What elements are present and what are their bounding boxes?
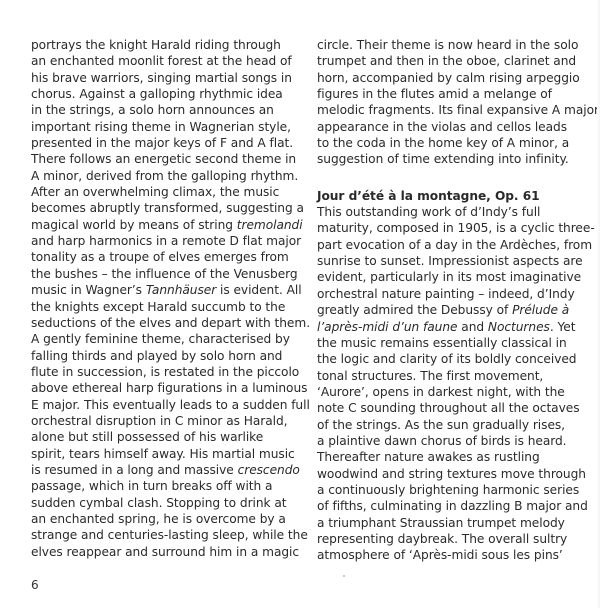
text-line: ‘Aurore’, opens in darkest night, with t… [317, 384, 587, 400]
text-line: tonality as a troupe of elves emerges fr… [31, 249, 301, 265]
text-line: and harp harmonics in a remote D flat ma… [31, 233, 301, 249]
text-line: his brave warriors, singing martial song… [31, 70, 301, 86]
text-line: sudden cymbal clash. Stopping to drink a… [31, 495, 301, 511]
scan-speck [343, 575, 345, 577]
text-line: horn, accompanied by calm rising arpeggi… [317, 70, 587, 86]
text-line: alone but still possessed of his warlike [31, 429, 301, 445]
left-text-column: portrays the knight Harald riding throug… [31, 37, 301, 560]
paragraph-jour-dete: This outstanding work of d’Indy’s fullma… [317, 204, 587, 564]
text-line: tonal structures. The first movement, [317, 368, 587, 384]
text-line: the music remains essentially classical … [317, 335, 587, 351]
text-line: greatly admired the Debussy of Prélude à [317, 302, 587, 318]
text-line: of the strings. As the sun gradually ris… [317, 417, 587, 433]
text-line: figures in the flutes amid a melange of [317, 86, 587, 102]
text-line: a plaintive dawn chorus of birds is hear… [317, 433, 587, 449]
text-line: the knights except Harald succumb to the [31, 299, 301, 315]
text-line: falling thirds and played by solo horn a… [31, 348, 301, 364]
page-number: 6 [31, 578, 39, 592]
text-line: presented in the major keys of F and A f… [31, 135, 301, 151]
text-line: note C sounding throughout all the octav… [317, 400, 587, 416]
text-line: elves reappear and surround him in a mag… [31, 544, 301, 560]
text-line: l’après-midi d’un faune and Nocturnes. Y… [317, 319, 587, 335]
text-line: magical world by means of string tremola… [31, 217, 301, 233]
text-line: music in Wagner’s Tannhäuser is evident.… [31, 282, 301, 298]
text-line: portrays the knight Harald riding throug… [31, 37, 301, 53]
text-line: A gently feminine theme, characterised b… [31, 331, 301, 347]
text-line: the logic and clarity of its boldly conc… [317, 351, 587, 367]
section-heading: Jour d’été à la montagne, Op. 61 [317, 188, 587, 204]
right-text-column: circle. Their theme is now heard in the … [317, 37, 587, 564]
text-line: evident, particularly in its most imagin… [317, 269, 587, 285]
text-line: is resumed in a long and massive crescen… [31, 462, 301, 478]
paragraph-gap [317, 168, 587, 188]
text-line: an enchanted moonlit forest at the head … [31, 53, 301, 69]
text-line: strange and centuries-lasting sleep, whi… [31, 527, 301, 543]
text-line: suggestion of time extending into infini… [317, 151, 587, 167]
text-line: appearance in the violas and cellos lead… [317, 119, 587, 135]
text-line: important rising theme in Wagnerian styl… [31, 119, 301, 135]
text-line: orchestral nature painting – indeed, d’I… [317, 286, 587, 302]
text-line: sunrise to sunset. Impressionist aspects… [317, 253, 587, 269]
text-line: There follows an energetic second theme … [31, 151, 301, 167]
text-line: woodwind and string textures move throug… [317, 466, 587, 482]
paragraph-harald-continuation: circle. Their theme is now heard in the … [317, 37, 587, 168]
text-line: A minor, derived from the galloping rhyt… [31, 168, 301, 184]
text-line: atmosphere of ‘Après-midi sous les pins’ [317, 547, 587, 563]
text-line: a continuously brightening harmonic seri… [317, 482, 587, 498]
text-line: of fifths, culminating in dazzling B maj… [317, 498, 587, 514]
text-line: maturity, composed in 1905, is a cyclic … [317, 220, 587, 236]
text-line: part evocation of a day in the Ardèches,… [317, 237, 587, 253]
text-line: above ethereal harp figurations in a lum… [31, 380, 301, 396]
text-line: circle. Their theme is now heard in the … [317, 37, 587, 53]
text-line: chorus. Against a galloping rhythmic ide… [31, 86, 301, 102]
text-line: melodic fragments. Its final expansive A… [317, 102, 587, 118]
text-line: Thereafter nature awakes as rustling [317, 449, 587, 465]
text-line: representing daybreak. The overall sultr… [317, 531, 587, 547]
text-line: orchestral disruption in C minor as Hara… [31, 413, 301, 429]
text-line: flute in succession, is restated in the … [31, 364, 301, 380]
text-line: trumpet and then in the oboe, clarinet a… [317, 53, 587, 69]
text-line: an enchanted spring, he is overcome by a [31, 511, 301, 527]
text-line: spirit, tears himself away. His martial … [31, 446, 301, 462]
text-line: the bushes – the influence of the Venusb… [31, 266, 301, 282]
text-line: E major. This eventually leads to a sudd… [31, 397, 301, 413]
text-line: After an overwhelming climax, the music [31, 184, 301, 200]
text-line: This outstanding work of d’Indy’s full [317, 204, 587, 220]
text-line: seductions of the elves and depart with … [31, 315, 301, 331]
text-line: a triumphant Straussian trumpet melody [317, 515, 587, 531]
text-line: becomes abruptly transformed, suggesting… [31, 200, 301, 216]
text-line: in the strings, a solo horn announces an [31, 102, 301, 118]
text-line: passage, which in turn breaks off with a [31, 478, 301, 494]
text-line: to the coda in the home key of A minor, … [317, 135, 587, 151]
